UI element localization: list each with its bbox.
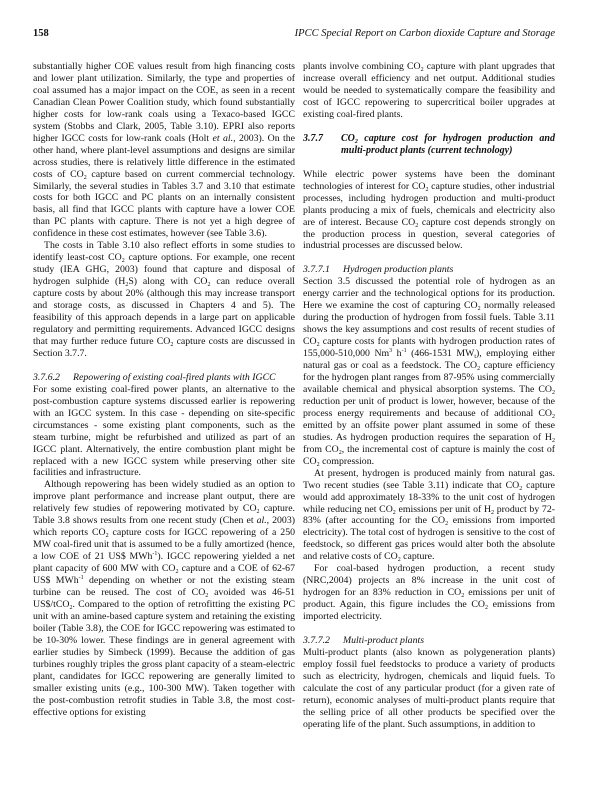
- paragraph: For coal-based hydrogen production, a re…: [303, 563, 555, 623]
- section-heading-377: 3.7.7 CO2 capture cost for hydrogen prod…: [303, 133, 555, 157]
- paragraph: plants involve combining CO2 capture wit…: [303, 61, 555, 121]
- subsection-heading-3771: 3.7.7.1Hydrogen production plants: [303, 264, 555, 276]
- section-title: CO2 capture cost for hydrogen production…: [341, 133, 555, 157]
- paragraph: Section 3.5 discussed the potential role…: [303, 276, 555, 467]
- paragraph: While electric power systems have been t…: [303, 169, 555, 253]
- running-title: IPCC Special Report on Carbon dioxide Ca…: [295, 28, 555, 39]
- paragraph: Multi-product plants (also known as poly…: [303, 647, 555, 731]
- subsection-heading-3772: 3.7.7.2Multi-product plants: [303, 635, 555, 647]
- paragraph: substantially higher COE values result f…: [33, 61, 295, 240]
- page-number: 158: [33, 28, 49, 39]
- paragraph: Although repowering has been widely stud…: [33, 479, 295, 718]
- page-header: 158 IPCC Special Report on Carbon dioxid…: [33, 28, 555, 42]
- subsection-heading-3762: 3.7.6.2Repowering of existing coal-fired…: [33, 372, 295, 384]
- right-column: plants involve combining CO2 capture wit…: [303, 61, 555, 731]
- paragraph: At present, hydrogen is produced mainly …: [303, 468, 555, 564]
- left-column: substantially higher COE values result f…: [33, 61, 295, 718]
- paragraph: The costs in Table 3.10 also reflect eff…: [33, 240, 295, 360]
- paragraph: For some existing coal-fired power plant…: [33, 384, 295, 480]
